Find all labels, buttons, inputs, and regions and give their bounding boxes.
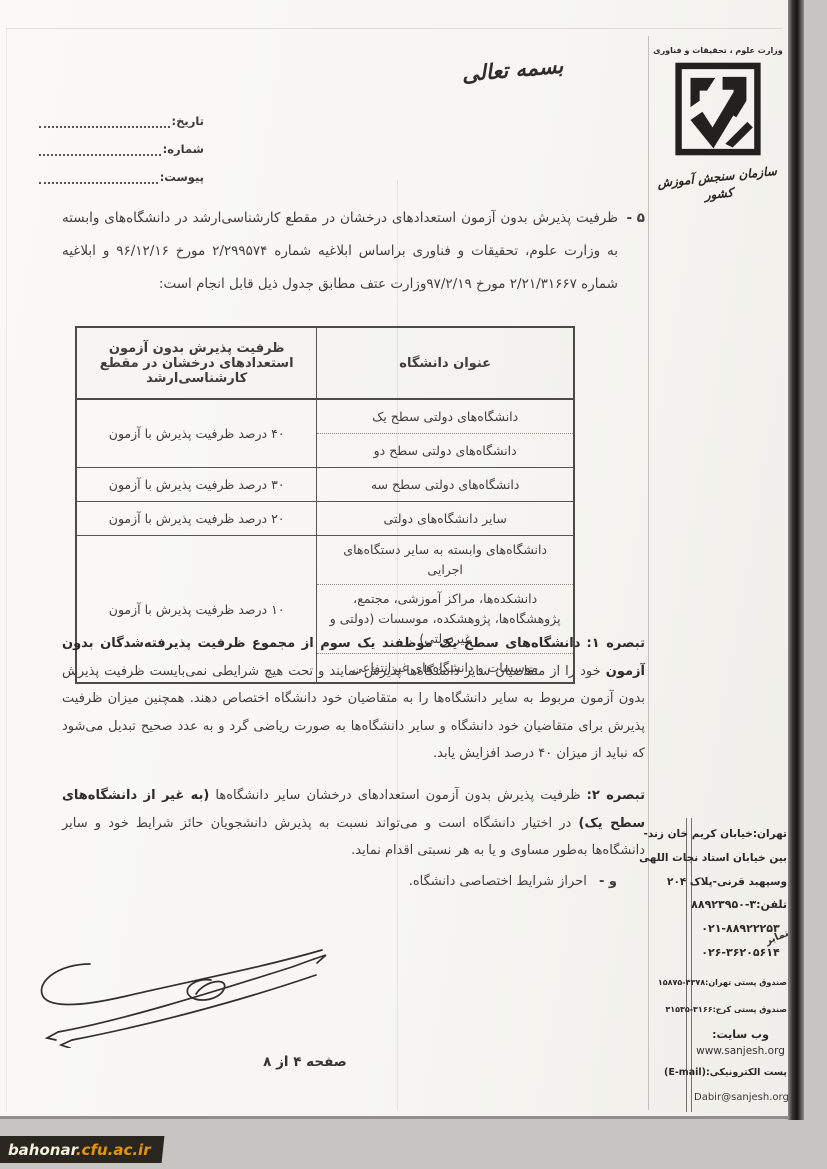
email-address: Dabir@sanjesh.org <box>694 1092 787 1103</box>
item-vav-marker: و - <box>591 874 617 889</box>
item-5-paragraph: ۵ - ظرفیت پذیرش بدون آزمون استعدادهای در… <box>62 202 645 301</box>
letterhead-fields: تاریخ: شماره: پیوست: <box>39 100 204 184</box>
item-5-marker: ۵ - <box>626 202 645 235</box>
number-label: شماره: <box>161 142 204 156</box>
attachment-label: پیوست: <box>158 170 204 184</box>
pobox-tehran-number: ۱۵۸۷۵-۴۳۷۸ <box>658 978 705 987</box>
signature <box>28 928 340 1048</box>
address-line: تهران:خیابان کریم خان زند- <box>694 822 787 846</box>
paper-bottom-edge <box>0 1116 789 1119</box>
capacity-cell: ۴۰ درصد ظرفیت پذیرش با آزمون <box>76 399 317 468</box>
university-cell: سایر دانشگاه‌های دولتی <box>317 502 574 536</box>
address-line: بین خیابان استاد نجات اللهی <box>694 846 787 870</box>
phone-label: تلفن: <box>756 898 787 911</box>
university-name: دانشگاه‌های دولتی سطح سه <box>317 468 573 501</box>
paper: بسمه تعالی تاریخ: شماره: پیوست: وزارت عل… <box>0 0 789 1116</box>
fax-number: ۰۲۱-۸۸۹۲۲۲۵۳ <box>701 922 779 935</box>
paper-left-edge <box>6 28 7 1112</box>
sanjesh-logo-icon <box>674 61 762 157</box>
letterhead-column-rule <box>648 36 649 1110</box>
fax-block: ۰۲۱-۸۸۹۲۲۲۵۳ نمابر ۰۲۶-۳۶۲۰۵۶۱۴ <box>694 917 787 965</box>
number-field: شماره: <box>39 128 204 156</box>
contact-info-sidebar: تهران:خیابان کریم خان زند- بین خیابان اس… <box>694 822 787 1103</box>
fax-number: ۰۲۶-۳۶۲۰۵۶۱۴ <box>701 946 779 959</box>
website-label: وب سایت: <box>694 1028 787 1041</box>
site-watermark: bahonar.cfu.ac.ir <box>0 1136 164 1163</box>
university-name: سایر دانشگاه‌های دولتی <box>317 502 573 535</box>
note-2-paragraph: تبصره ۲: ظرفیت پذیرش بدون آزمون استعداده… <box>62 782 645 865</box>
phone-line: تلفن:۸۸۹۲۳۹۵۰-۳ <box>694 898 787 911</box>
organization-name-calligraphy: سازمان سنجش آموزش کشور <box>649 162 788 210</box>
table-row: دانشگاه‌های دولتی سطح سه ۳۰ درصد ظرفیت پ… <box>76 468 574 502</box>
capacity-cell: ۳۰ درصد ظرفیت پذیرش با آزمون <box>76 468 317 502</box>
watermark-prefix: bahonar <box>8 1141 76 1159</box>
attachment-field: پیوست: <box>39 156 204 184</box>
university-name: دانشگاه‌های دولتی سطح یک <box>317 400 573 433</box>
phone-number: ۸۸۹۲۳۹۵۰-۳ <box>691 898 756 911</box>
note-2-label: تبصره ۲: <box>587 788 645 803</box>
pobox-tehran-label: صندوق پستی تهران: <box>705 978 787 987</box>
scanned-letter-page: بسمه تعالی تاریخ: شماره: پیوست: وزارت عل… <box>0 0 827 1169</box>
attachment-dotted-line <box>39 169 158 184</box>
university-cell: دانشگاه‌های دولتی سطح سه <box>317 468 574 502</box>
date-label: تاریخ: <box>170 114 204 128</box>
item-5-text: ظرفیت پذیرش بدون آزمون استعدادهای درخشان… <box>62 210 618 292</box>
note-1-paragraph: تبصره ۱: دانشگاه‌های سطح یک موظفند یک سو… <box>62 630 645 768</box>
university-name: دانشگاه‌های دولتی سطح دو <box>317 433 573 467</box>
table-header-row: عنوان دانشگاه ظرفیت پذیرش بدون آزمون است… <box>76 327 574 399</box>
bismillah-calligraphy: بسمه تعالی <box>419 50 605 90</box>
page-number: صفحه ۴ از ۸ <box>205 1054 405 1070</box>
website-url: www.sanjesh.org <box>694 1045 787 1057</box>
capacity-cell: ۲۰ درصد ظرفیت پذیرش با آزمون <box>76 502 317 536</box>
item-vav: و - احراز شرایط اختصاصی دانشگاه. <box>327 874 617 889</box>
date-field: تاریخ: <box>39 100 204 128</box>
table-header-university: عنوان دانشگاه <box>317 327 574 399</box>
table-header-capacity: ظرفیت پذیرش بدون آزمون استعدادهای درخشان… <box>76 327 317 399</box>
note-1-label: تبصره ۱: <box>587 636 645 651</box>
scan-right-edge <box>788 0 804 1120</box>
university-cell: دانشگاه‌های دولتی سطح یک دانشگاه‌های دول… <box>317 399 574 468</box>
item-vav-text: احراز شرایط اختصاصی دانشگاه. <box>409 874 587 889</box>
table-row: سایر دانشگاه‌های دولتی ۲۰ درصد ظرفیت پذی… <box>76 502 574 536</box>
pobox-karaj-label: صندوق پستی کرج: <box>713 1005 787 1014</box>
paper-top-edge <box>6 28 782 29</box>
email-label: پست الکترونیکی:(E-mail) <box>694 1067 787 1078</box>
pobox-karaj-number: ۳۱۵۳۵-۳۱۶۶ <box>665 1005 712 1014</box>
note-2-text: در اختیار دانشگاه است و می‌تواند نسبت به… <box>62 816 645 859</box>
number-dotted-line <box>39 141 161 156</box>
organization-letterhead: وزارت علوم ، تحقیقات و فناوری سازمان سنج… <box>650 46 786 203</box>
university-name: دانشگاه‌های وابسته به سایر دستگاه‌های اج… <box>317 536 573 584</box>
address-line: وسپهبد قرنی-پلاک ۲۰۴ <box>694 870 787 894</box>
note-1-text: خود را از متقاضیان سایر دانشگاه‌ها پذیرش… <box>62 664 645 762</box>
table-row: دانشگاه‌های دولتی سطح یک دانشگاه‌های دول… <box>76 399 574 468</box>
ministry-name: وزارت علوم ، تحقیقات و فناوری <box>650 46 786 55</box>
watermark-suffix: .cfu.ac.ir <box>76 1141 151 1159</box>
pobox-tehran-line: صندوق پستی تهران:۱۵۸۷۵-۴۳۷۸ <box>694 973 787 992</box>
pobox-karaj-line: صندوق پستی کرج:۳۱۵۳۵-۳۱۶۶ <box>694 1000 787 1019</box>
note-2-text: ظرفیت پذیرش بدون آزمون استعدادهای درخشان… <box>215 788 580 803</box>
date-dotted-line <box>39 113 170 128</box>
